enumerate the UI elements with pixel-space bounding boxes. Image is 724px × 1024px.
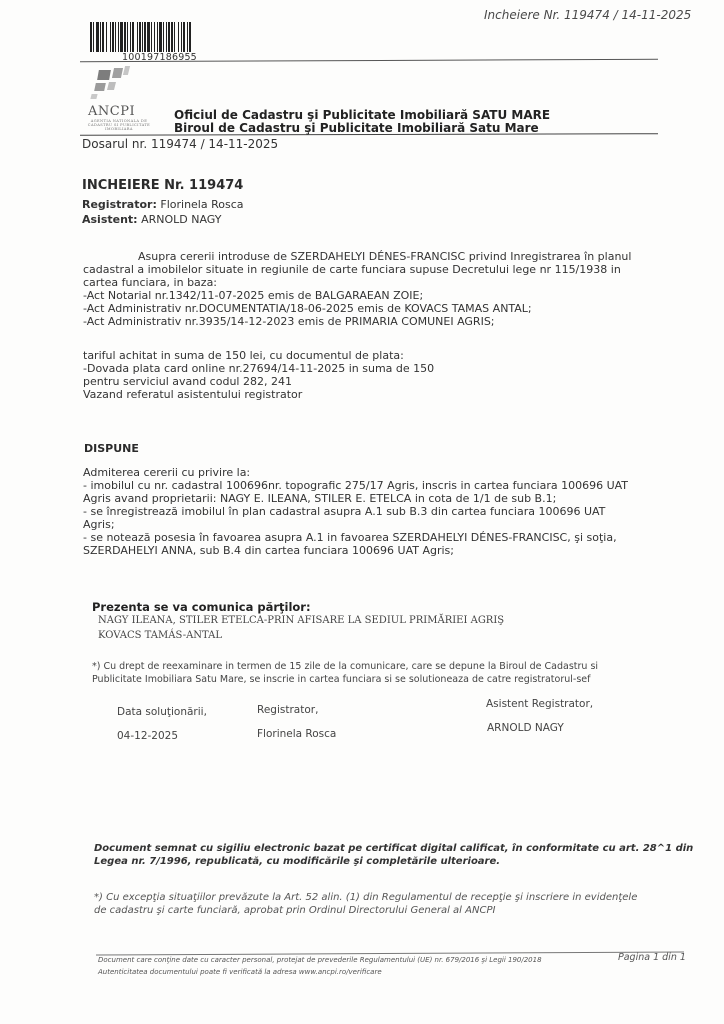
communication-heading: Prezenta se va comunica părţilor:: [92, 600, 311, 614]
verification-notice: Autenticitatea documentului poate fi ver…: [98, 968, 382, 976]
dispune-line: Agris;: [83, 518, 683, 531]
registrator-sign-label: Registrator,: [257, 704, 318, 716]
payment-line: tariful achitat in suma de 150 lei, cu d…: [83, 349, 683, 362]
registrator-line: Registrator: Florinela Rosca: [82, 198, 244, 211]
intro-line: -Act Administrativ nr.3935/14-12-2023 em…: [83, 315, 683, 328]
exception-line: de cadastru şi carte funciară, aprobat p…: [94, 904, 637, 917]
intro-paragraph: Asupra cererii introduse de SZERDAHELYI …: [83, 250, 683, 328]
logo-subtitle: AGENTIA NATIONALA DE CADASTRU SI PUBLICI…: [86, 119, 152, 131]
seal-line: Legea nr. 7/1996, republicată, cu modifi…: [94, 855, 693, 868]
exception-notice: *) Cu excepţia situaţiilor prevăzute la …: [94, 891, 637, 917]
intro-line: Asupra cererii introduse de SZERDAHELYI …: [83, 250, 683, 263]
note-line: Publicitate Imobiliara Satu Mare, se ins…: [92, 673, 598, 686]
seal-line: Document semnat cu sigiliu electronic ba…: [94, 842, 693, 855]
reexamination-note: *) Cu drept de reexaminare in termen de …: [92, 660, 598, 686]
intro-line: -Act Administrativ nr.DOCUMENTATIA/18-06…: [83, 302, 683, 315]
page-number: Pagina 1 din 1: [618, 952, 686, 963]
asistent-sign-name: ARNOLD NAGY: [487, 722, 564, 734]
office-divider: [80, 133, 658, 136]
dosar-number: Dosarul nr. 119474 / 14-11-2025: [82, 137, 278, 151]
logo-name: ANCPI: [88, 104, 135, 119]
registrator-label: Registrator:: [82, 198, 157, 211]
registrator-name: Florinela Rosca: [160, 198, 243, 211]
recipient-line: KOVACS TAMÁS-ANTAL: [98, 628, 504, 643]
registrator-sign-name: Florinela Rosca: [257, 728, 336, 740]
dispune-line: - se înregistrează imobilul în plan cada…: [83, 505, 683, 518]
electronic-seal-notice: Document semnat cu sigiliu electronic ba…: [94, 842, 693, 868]
asistent-name: ARNOLD NAGY: [141, 213, 221, 226]
dispune-line: SZERDAHELYI ANNA, sub B.4 din cartea fun…: [83, 544, 683, 557]
header-reference: Incheiere Nr. 119474 / 14-11-2025: [484, 8, 691, 22]
exception-line: *) Cu excepţia situaţiilor prevăzute la …: [94, 891, 637, 904]
footer-divider: [96, 951, 684, 955]
document-title: INCHEIERE Nr. 119474: [82, 178, 243, 193]
intro-line: cartea funciara, in baza:: [83, 276, 683, 289]
payment-line: -Dovada plata card online nr.27694/14-11…: [83, 362, 683, 375]
dispune-line: Admiterea cererii cu privire la:: [83, 466, 683, 479]
office-block: Oficiul de Cadastru şi Publicitate Imobi…: [174, 109, 550, 135]
recipient-line: NAGY ILEANA, STILER ETELCA-PRIN AFISARE …: [98, 613, 504, 628]
asistent-sign-label: Asistent Registrator,: [486, 698, 593, 710]
dispune-heading: DISPUNE: [84, 442, 139, 455]
intro-line: -Act Notarial nr.1342/11-07-2025 emis de…: [83, 289, 683, 302]
intro-line: cadastral a imobilelor situate in regiun…: [83, 263, 683, 276]
privacy-notice: Document care conţine date cu caracter p…: [98, 956, 542, 964]
note-line: *) Cu drept de reexaminare in termen de …: [92, 660, 598, 673]
dispune-line: - imobilul cu nr. cadastral 100696nr. to…: [83, 479, 683, 492]
dispune-paragraph: Admiterea cererii cu privire la: - imobi…: [83, 466, 683, 557]
asistent-line: Asistent: ARNOLD NAGY: [82, 213, 222, 226]
asistent-label: Asistent:: [82, 213, 138, 226]
payment-paragraph: tariful achitat in suma de 150 lei, cu d…: [83, 349, 683, 401]
communication-recipients: NAGY ILEANA, STILER ETELCA-PRIN AFISARE …: [98, 613, 504, 643]
date-value: 04-12-2025: [117, 730, 178, 742]
date-label: Data soluţionării,: [117, 706, 207, 718]
dispune-line: Agris avand proprietarii: NAGY E. ILEANA…: [83, 492, 683, 505]
payment-line: Vazand referatul asistentului registrato…: [83, 388, 683, 401]
payment-line: pentru serviciul avand codul 282, 241: [83, 375, 683, 388]
dispune-line: - se notează posesia în favoarea asupra …: [83, 531, 683, 544]
barcode-icon: [90, 22, 220, 52]
